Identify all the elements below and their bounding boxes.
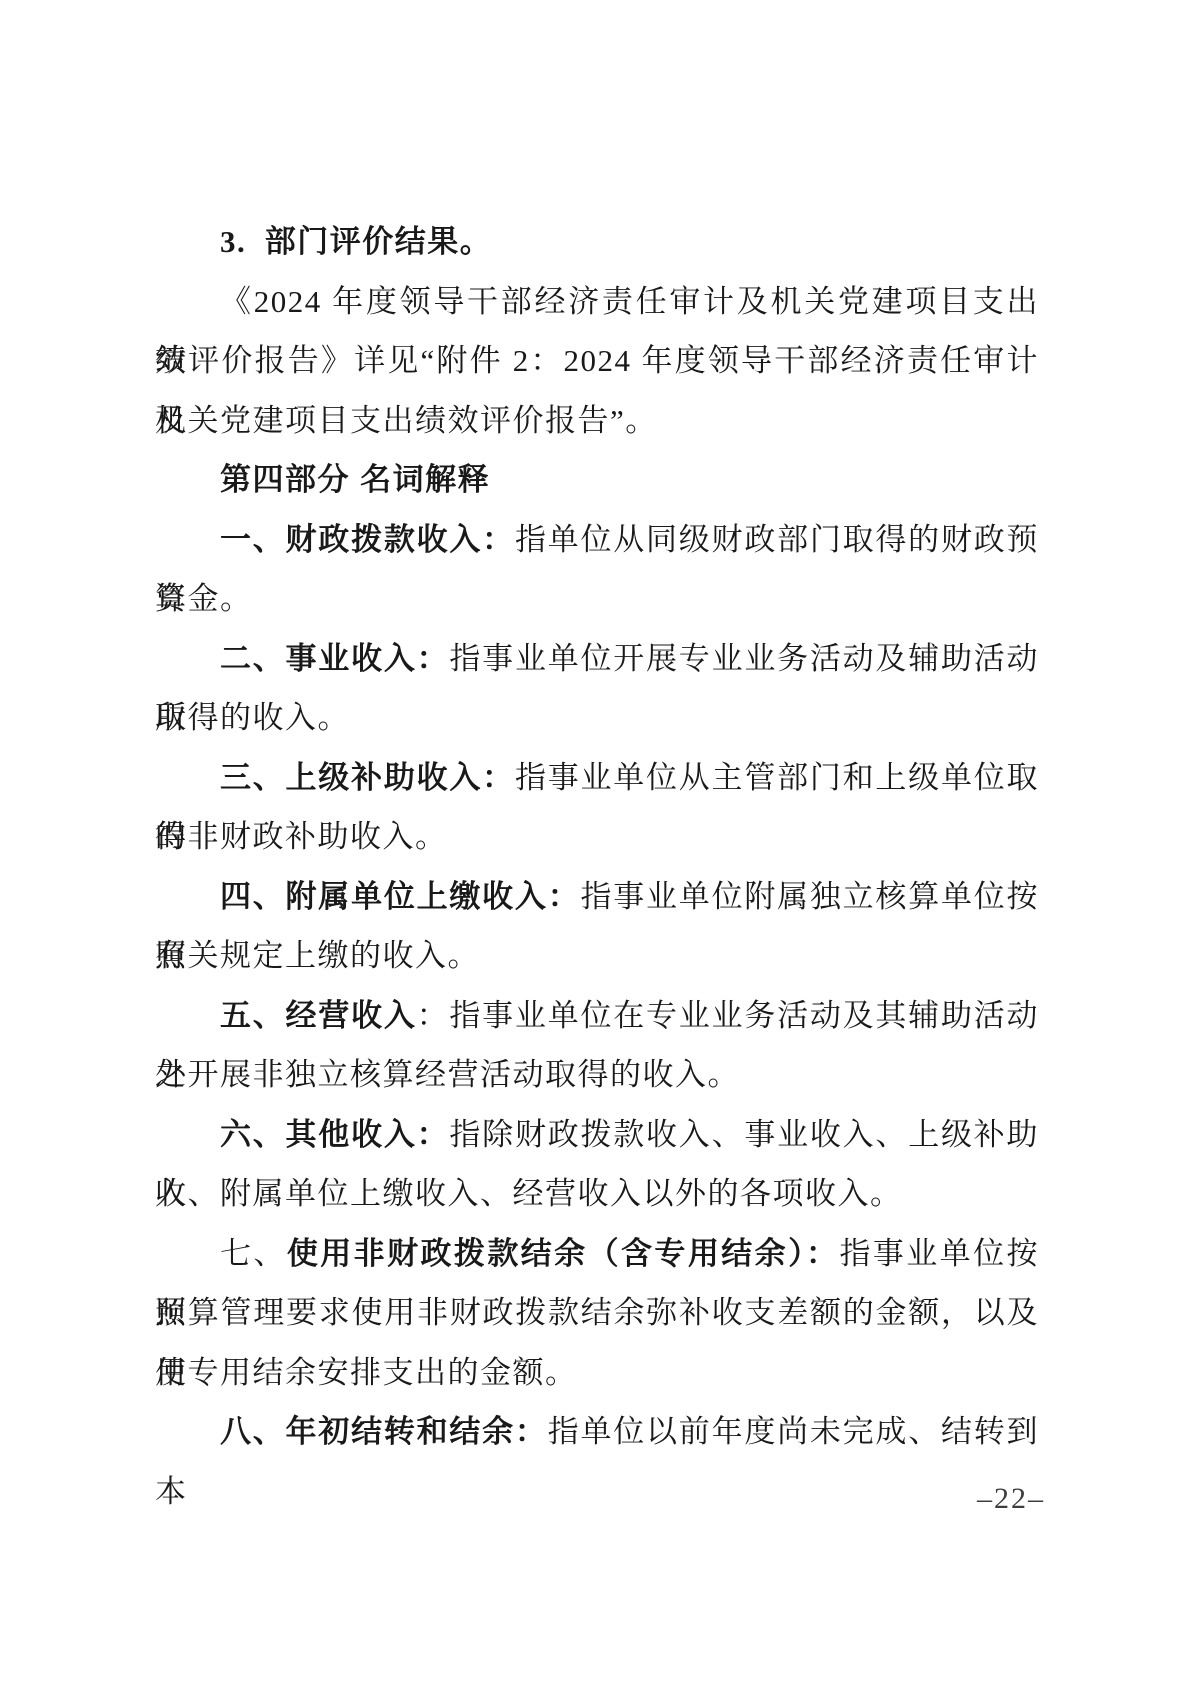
term-5-line-2: 外开展非独立核算经营活动取得的收入。 xyxy=(155,1045,1039,1105)
term-6-line-1: 六、其他收入：指除财政拨款收入、事业收入、上级补助收 xyxy=(155,1105,1039,1165)
term-7-line-3: 用专用结余安排支出的金额。 xyxy=(155,1343,1039,1403)
part4-heading-text: 第四部分 名词解释 xyxy=(220,462,490,497)
report-paragraph-line-1: 《2024 年度领导干部经济责任审计及机关党建项目支出绩 xyxy=(155,272,1039,332)
part4-heading: 第四部分 名词解释 xyxy=(155,450,1039,510)
term-1-line-2: 资金。 xyxy=(155,569,1039,629)
term-4-line-1: 四、附属单位上缴收入：指事业单位附属独立核算单位按照 xyxy=(155,867,1039,927)
term-3-label: 三、上级补助收入： xyxy=(220,760,515,795)
term-6-label: 六、其他收入： xyxy=(220,1117,449,1152)
section3-heading-text: 3. 部门评价结果。 xyxy=(220,224,492,259)
document-body: 3. 部门评价结果。 《2024 年度领导干部经济责任审计及机关党建项目支出绩 … xyxy=(155,212,1039,1462)
term-8-label: 八、年初结转和结余： xyxy=(220,1414,548,1449)
term-1-label: 一、财政拨款收入： xyxy=(220,522,515,557)
page-number: –22– xyxy=(977,1482,1045,1516)
term-8-line-1: 八、年初结转和结余：指单位以前年度尚未完成、结转到本 xyxy=(155,1402,1039,1462)
term-7-prefix: 七、 xyxy=(220,1236,287,1271)
term-5-label: 五、经营收入 xyxy=(220,998,417,1033)
term-4-label: 四、附属单位上缴收入： xyxy=(220,879,580,914)
term-4-line-2: 有关规定上缴的收入。 xyxy=(155,926,1039,986)
term-5-line-1: 五、经营收入：指事业单位在专业业务活动及其辅助活动之 xyxy=(155,986,1039,1046)
term-2-line-2: 取得的收入。 xyxy=(155,688,1039,748)
term-7-label: 使用非财政拨款结余（含专用结余）： xyxy=(287,1236,840,1271)
term-7-line-2: 预算管理要求使用非财政拨款结余弥补收支差额的金额，以及使 xyxy=(155,1283,1039,1343)
term-3-line-2: 的非财政补助收入。 xyxy=(155,807,1039,867)
document-page: 3. 部门评价结果。 《2024 年度领导干部经济责任审计及机关党建项目支出绩 … xyxy=(0,0,1190,1683)
term-2-label: 二、事业收入： xyxy=(220,641,449,676)
term-1-line-1: 一、财政拨款收入：指单位从同级财政部门取得的财政预算 xyxy=(155,510,1039,570)
term-3-line-1: 三、上级补助收入：指事业单位从主管部门和上级单位取得 xyxy=(155,748,1039,808)
term-6-line-2: 入、附属单位上缴收入、经营收入以外的各项收入。 xyxy=(155,1164,1039,1224)
term-2-line-1: 二、事业收入：指事业单位开展专业业务活动及辅助活动所 xyxy=(155,629,1039,689)
term-7-line-1: 七、使用非财政拨款结余（含专用结余）：指事业单位按照 xyxy=(155,1224,1039,1284)
report-paragraph-line-3: 机关党建项目支出绩效评价报告”。 xyxy=(155,391,1039,451)
section3-heading: 3. 部门评价结果。 xyxy=(155,212,1039,272)
report-paragraph-line-2: 效评价报告》详见“附件 2：2024 年度领导干部经济责任审计及 xyxy=(155,331,1039,391)
